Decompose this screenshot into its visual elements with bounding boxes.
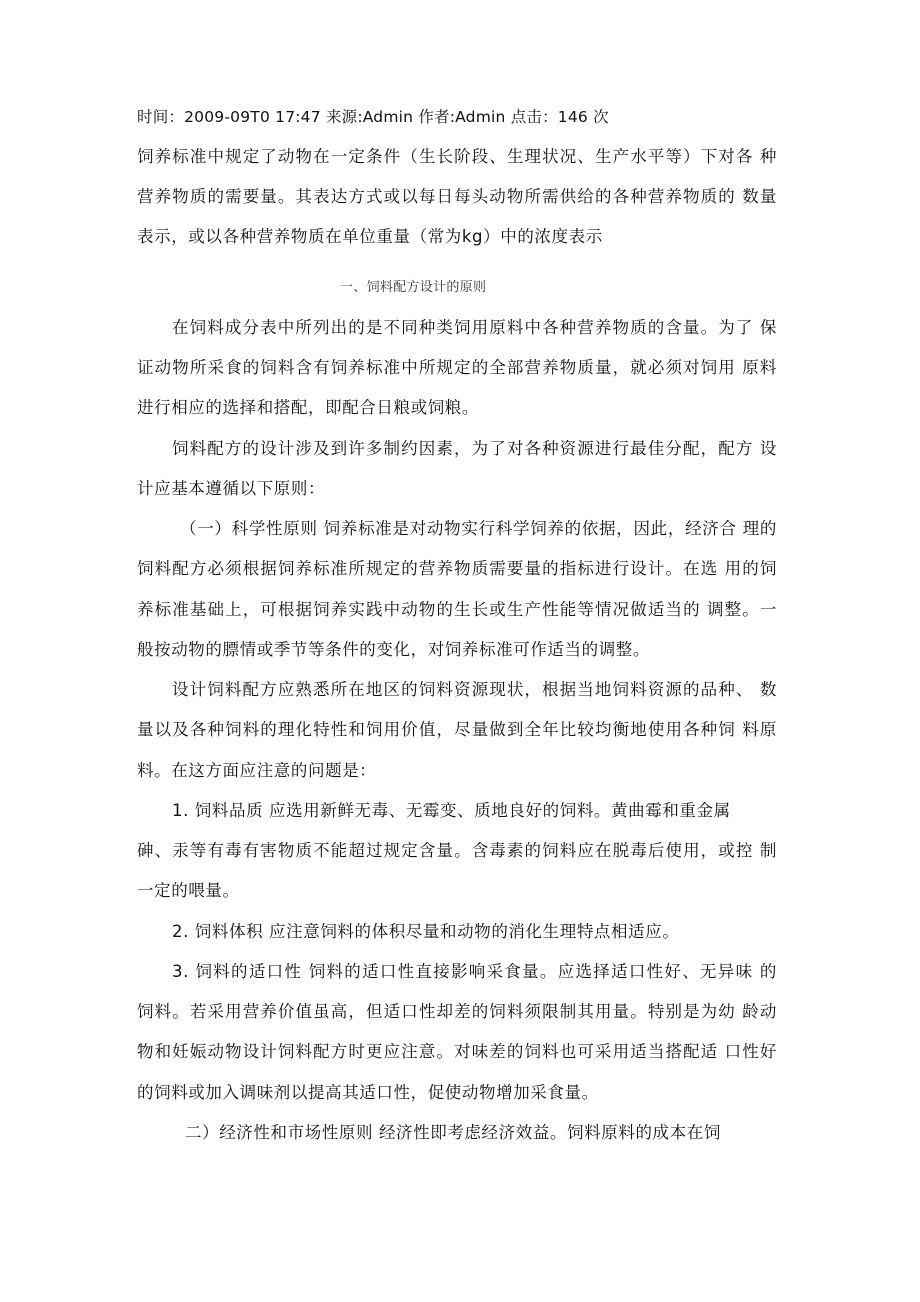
- paragraph-line: 养标准基础上，可根据饲养实践中动物的生长或生产性能等情况做适当的 调整。一: [137, 600, 777, 620]
- document-page: 时间：2009-09T0 17:47 来源:Admin 作者:Admin 点击：…: [0, 0, 920, 1302]
- paragraph-line: 量以及各种饲料的理化特性和饲用价值，尽量做到全年比较均衡地使用各种饲 料原: [137, 720, 777, 740]
- article-meta: 时间：2009-09T0 17:47 来源:Admin 作者:Admin 点击：…: [137, 107, 777, 127]
- clicks-label: 点击：: [511, 108, 558, 126]
- paragraph-line: 般按动物的膘情或季节等条件的变化，对饲养标准可作适当的调整。: [137, 640, 777, 660]
- paragraph-line: 在饲料成分表中所列出的是不同种类饲用原料中各种营养物质的含量。为了 保: [172, 318, 777, 338]
- list-item-1-line: 一定的喂量。: [137, 881, 777, 901]
- list-item-3-line: 饲料。若采用营养价值虽高，但适口性却差的饲料须限制其用量。特别是为幼 龄动: [137, 1002, 777, 1022]
- author-value: Admin: [455, 108, 505, 126]
- list-item-3-line: 物和妊娠动物设计饲料配方时更应注意。对味差的饲料也可采用适当搭配适 口性好: [137, 1042, 777, 1062]
- paragraph-line: 料。在这方面应注意的问题是：: [137, 761, 777, 781]
- principle-heading-line: 二）经济性和市场性原则 经济性即考虑经济效益。饲料原料的成本在饲: [185, 1123, 745, 1143]
- list-item-3-line: 的饲料或加入调味剂以提高其适口性，促使动物增加采食量。: [137, 1083, 777, 1103]
- paragraph-line: 计应基本遵循以下原则：: [137, 479, 777, 499]
- source-label: 来源:: [326, 108, 363, 126]
- paragraph-line: 设计饲料配方应熟悉所在地区的饲料资源现状，根据当地饲料资源的品种、 数: [172, 680, 777, 700]
- intro-line: 饲养标准中规定了动物在一定条件（生长阶段、生理状况、生产水平等）下对各 种: [137, 147, 777, 167]
- paragraph-line: 进行相应的选择和搭配，即配合日粮或饲粮。: [137, 398, 777, 418]
- list-item-1-line: 1. 饲料品质 应选用新鲜无毒、无霉变、质地良好的饲料。黄曲霉和重金属: [172, 801, 762, 821]
- author-label: 作者:: [418, 108, 455, 126]
- paragraph-line: 饲料配方的设计涉及到许多制约因素，为了对各种资源进行最佳分配，配方 设: [172, 439, 777, 459]
- time-label: 时间：: [137, 108, 184, 126]
- section-heading: 一、饲料配方设计的原则: [340, 278, 920, 298]
- source-value: Admin: [363, 108, 413, 126]
- list-item-3-line: 3. 饲料的适口性 饲料的适口性直接影响采食量。应选择适口性好、无异味 的: [172, 962, 777, 982]
- paragraph-line: 证动物所采食的饲料含有饲养标准中所规定的全部营养物质量，就必须对饲用 原料: [137, 358, 777, 378]
- principle-heading-line: （一）科学性原则 饲养标准是对动物实行科学饲养的依据，因此，经济合 理的: [180, 519, 777, 539]
- intro-line: 营养物质的需要量。其表达方式或以每日每头动物所需供给的各种营养物质的 数量: [137, 187, 777, 207]
- list-item-2-line: 2. 饲料体积 应注意饲料的体积尽量和动物的消化生理特点相适应。: [172, 922, 777, 942]
- clicks-unit: 次: [593, 108, 609, 126]
- list-item-1-line: 砷、汞等有毒有害物质不能超过规定含量。含毒素的饲料应在脱毒后使用，或控 制: [137, 841, 777, 861]
- time-value: 2009-09T0 17:47: [184, 108, 321, 126]
- paragraph-line: 饲料配方必须根据饲养标准所规定的营养物质需要量的指标进行设计。在选 用的饲: [137, 559, 777, 579]
- intro-line: 表示，或以各种营养物质在单位重量（常为kg）中的浓度表示: [137, 227, 777, 247]
- clicks-value: 146: [558, 108, 588, 126]
